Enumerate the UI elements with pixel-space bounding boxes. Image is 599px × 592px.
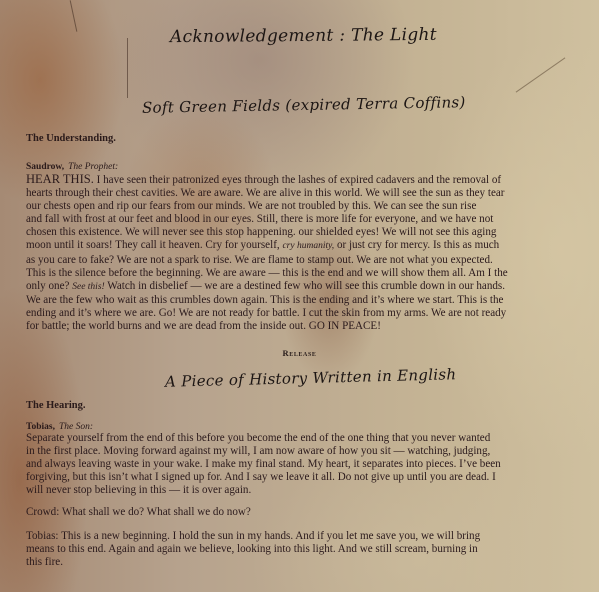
lyric-line: and fall with frost at our feet and bloo… bbox=[26, 213, 582, 226]
speaker-role: The Son: bbox=[59, 422, 93, 432]
lyric-line: our chests open and rip our fears from o… bbox=[26, 200, 582, 213]
lyric-line: Tobias: This is a new beginning. I hold … bbox=[26, 530, 582, 543]
speaker-name: Tobias, bbox=[26, 422, 55, 432]
crowd-line: Crowd: What shall we do? What shall we d… bbox=[26, 506, 251, 518]
lyric-line: means to this end. Again and again we be… bbox=[26, 543, 582, 556]
lyrics-block-understanding: HEAR THIS. I have seen their patronized … bbox=[26, 173, 582, 333]
lyric-line: moon until it soars! They call it heaven… bbox=[26, 239, 582, 253]
lyrics-block-closing: Tobias: This is a new beginning. I hold … bbox=[26, 530, 582, 569]
paper-scratch bbox=[70, 0, 78, 32]
lyrics-block-hearing: Separate yourself from the end of this b… bbox=[26, 432, 582, 497]
lyric-line: ending and it’s where we are. Go! We are… bbox=[26, 307, 582, 320]
section-heading-understanding: The Understanding. bbox=[26, 133, 116, 144]
lyric-line: forgiving, but this isn’t what I signed … bbox=[26, 471, 582, 484]
speaker-label: Saudrow,The Prophet: bbox=[26, 162, 118, 172]
lead-text: HEAR THIS. bbox=[26, 172, 94, 186]
lyric-line: only one? See this! Watch in disbelief —… bbox=[26, 280, 582, 294]
handwritten-release-title: A Piece of History Written in English bbox=[165, 365, 457, 391]
paper-scratch bbox=[127, 38, 128, 98]
lyric-line: and always leaving waste in your wake. I… bbox=[26, 458, 582, 471]
lyric-line: This is the silence before the beginning… bbox=[26, 267, 582, 280]
lyric-line: as you care to fake? We are not a spark … bbox=[26, 254, 582, 267]
lyric-line: this fire. bbox=[26, 556, 582, 569]
speaker-role: The Prophet: bbox=[68, 162, 118, 172]
lyric-line: We are the few who wait as this crumbles… bbox=[26, 294, 582, 307]
handwritten-title: Acknowledgement : The Light bbox=[170, 25, 437, 47]
lyric-line: will never stop believing in this — it i… bbox=[26, 484, 582, 497]
speaker-name: Saudrow, bbox=[26, 162, 64, 172]
lyric-line: chosen this existence. We will never see… bbox=[26, 226, 582, 239]
handwritten-subtitle: Soft Green Fields (expired Terra Coffins… bbox=[142, 93, 466, 117]
lyric-line: hearts through their chest cavities. We … bbox=[26, 187, 582, 200]
lyric-line: for battle; the world burns and we are d… bbox=[26, 320, 582, 333]
release-label: Release bbox=[0, 348, 599, 358]
lyric-line: Separate yourself from the end of this b… bbox=[26, 432, 582, 445]
lyric-line: in the first place. Moving forward again… bbox=[26, 445, 582, 458]
speaker-label: Tobias,The Son: bbox=[26, 422, 93, 432]
lyric-line: HEAR THIS. I have seen their patronized … bbox=[26, 173, 582, 187]
section-heading-hearing: The Hearing. bbox=[26, 400, 86, 411]
paper-scratch bbox=[516, 57, 566, 92]
